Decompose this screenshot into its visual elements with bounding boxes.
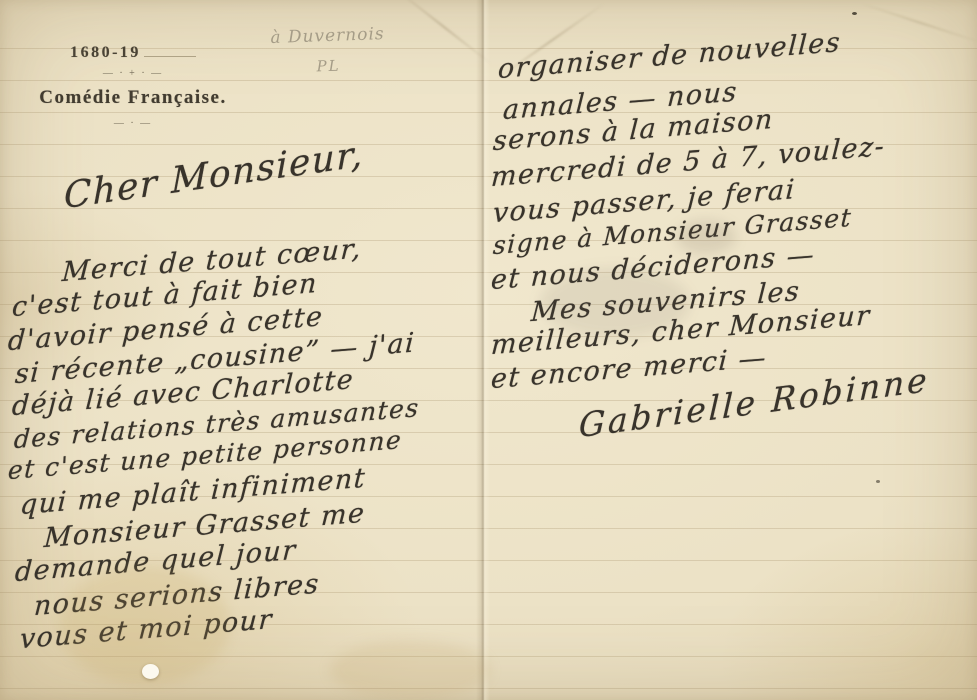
- letterhead-ornament-bottom: — · —: [38, 118, 228, 129]
- salutation: Cher Monsieur,: [64, 134, 364, 218]
- letterhead-ornament-top: — · + · —: [38, 68, 228, 79]
- letterhead-institution-name: Comédie Française.: [38, 87, 228, 109]
- letterhead-reference-number: 1680-19: [70, 44, 141, 61]
- pencil-annotation-initials: PL: [248, 54, 409, 78]
- ink-speck: [876, 480, 880, 483]
- letter-page-right: organiser de nouvelles annales — nous se…: [483, 0, 977, 700]
- letterhead: 1680-19 — · + · — Comédie Française. — ·…: [38, 44, 228, 129]
- letter-sheet: 1680-19 — · + · — Comédie Française. — ·…: [0, 0, 977, 700]
- ink-speck: [852, 12, 857, 15]
- pencil-annotation: à Duvernois PL: [247, 23, 409, 78]
- letterhead-reference-underline: [144, 55, 196, 57]
- pencil-annotation-recipient: à Duvernois: [247, 23, 408, 49]
- letterhead-reference-row: 1680-19: [38, 44, 228, 62]
- paper-hole: [142, 664, 159, 679]
- handwritten-line-right-1: organiser de nouvelles: [497, 27, 842, 85]
- letter-page-left: 1680-19 — · + · — Comédie Française. — ·…: [0, 0, 483, 700]
